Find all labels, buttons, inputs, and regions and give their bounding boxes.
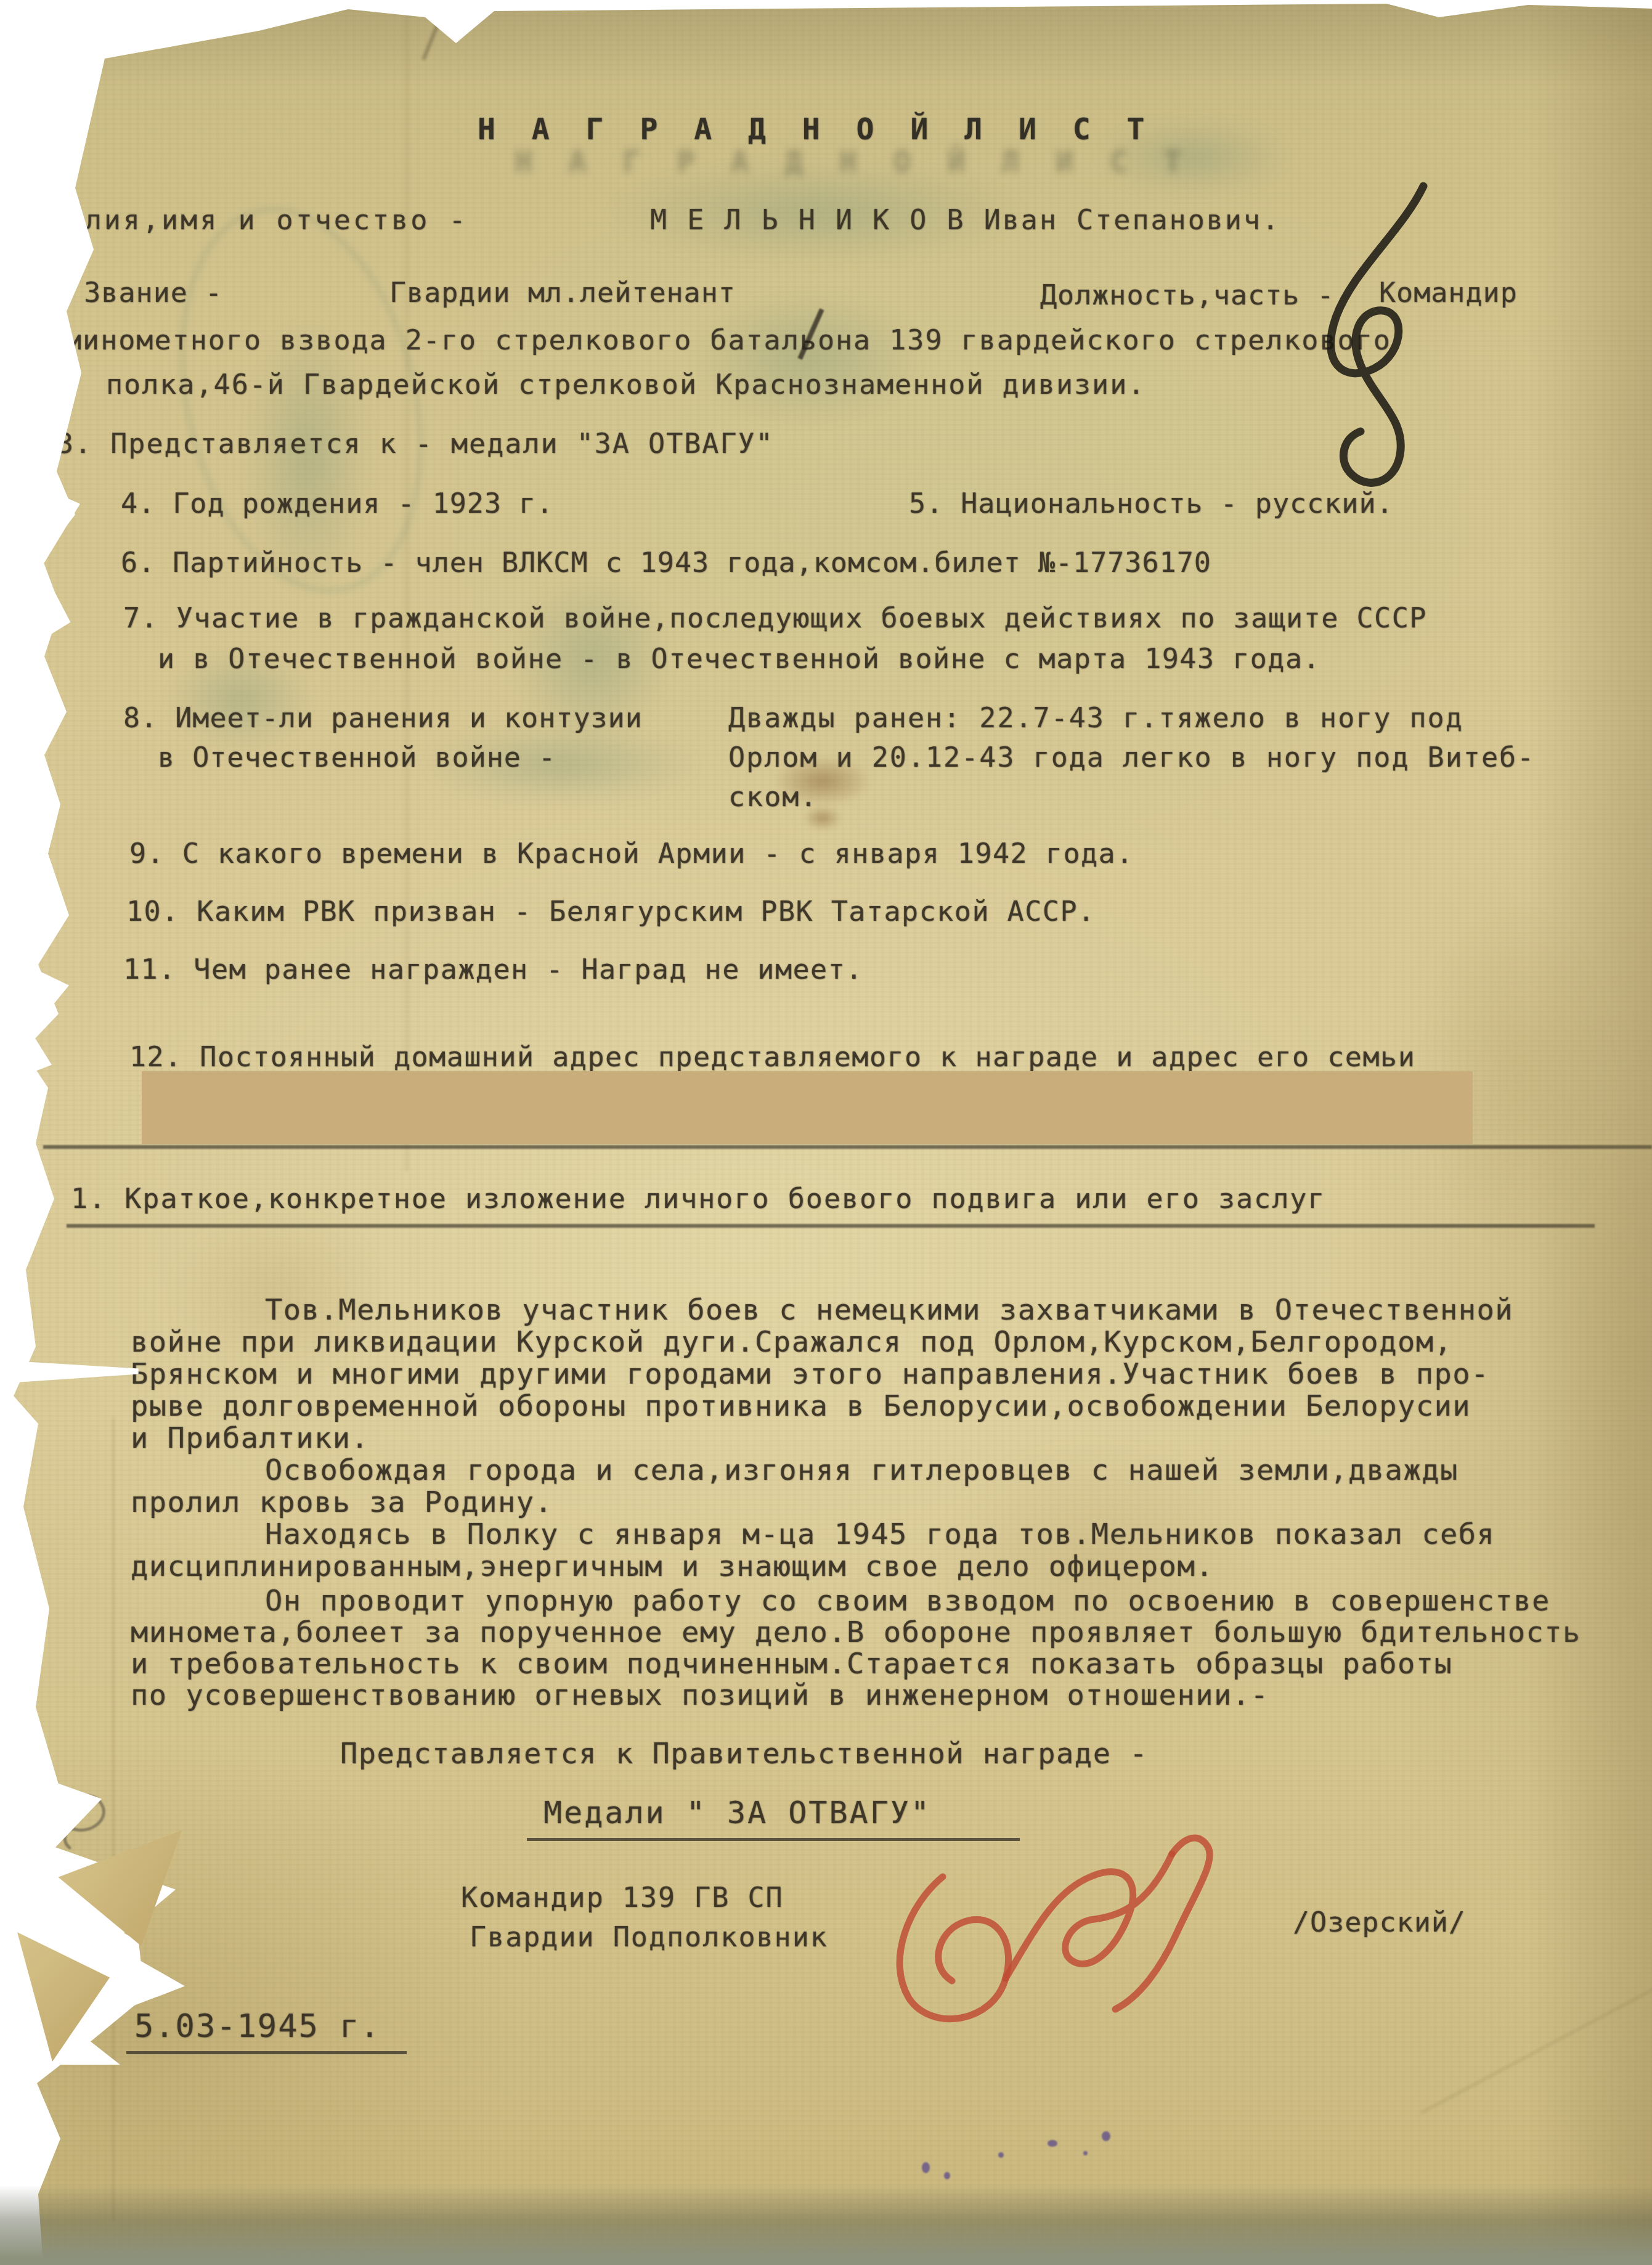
scanned-award-document: Н А Г Р А Д Н О Й Л И С Т Н А Г Р А Д Н …	[0, 0, 1652, 2265]
section-underline	[67, 1224, 1595, 1228]
field-7-line1: 7. Участие в гражданской войне,последующ…	[123, 602, 1427, 634]
redaction-block	[142, 1071, 1473, 1144]
crease-line	[405, 0, 408, 1171]
ink-speck	[944, 2172, 950, 2179]
field-8-label2: в Отечественной войне -	[158, 741, 556, 773]
field-2-label: 2. Звание -	[32, 276, 222, 309]
ink-speck	[1048, 2140, 1057, 2147]
scan-shadow-band	[0, 2185, 1652, 2265]
paper-sheet: Н А Г Р А Д Н О Й Л И С Т Н А Г Р А Д Н …	[0, 0, 1652, 2265]
signature-autograph	[850, 1818, 1232, 2052]
field-1-value: М Е Л Ь Н И К О В Иван Степанович.	[650, 203, 1280, 236]
ink-speck	[998, 2152, 1004, 2158]
field-7-line2: и в Отечественной войне - в Отечественно…	[158, 642, 1320, 675]
date-underline	[126, 2051, 407, 2054]
right-edge-shadow	[1529, 0, 1652, 2265]
field-8-value2: Орлом и 20.12-43 года легко в ногу под В…	[728, 741, 1535, 773]
body-line: миномета,болеет за порученное ему дело.В…	[131, 1615, 1581, 1649]
body-line: дисциплинированным,энергичным и знающим …	[131, 1549, 1214, 1583]
divider-line	[43, 1145, 1652, 1149]
field-6: 6. Партийность - член ВЛКСМ с 1943 года,…	[121, 546, 1211, 579]
body-line: и Прибалтики.	[131, 1421, 369, 1455]
date-line: 5.03-1945 г.	[134, 2008, 381, 2045]
field-2-line3: полка,46-й Гвардейской стрелковой Красно…	[106, 368, 1145, 401]
field-12: 12. Постоянный домашний адрес представля…	[129, 1040, 1415, 1073]
body-line: пролил кровь за Родину.	[131, 1485, 553, 1519]
body-line: Освобождая города и села,изгоняя гитлеро…	[265, 1453, 1459, 1487]
handwritten-mark-5	[1245, 179, 1503, 512]
body-line: Тов.Мельников участник боев с немецкими …	[265, 1293, 1513, 1327]
body-line: Находясь в Полку с января м-ца 1945 года…	[265, 1517, 1495, 1551]
field-2-value: Гвардии мл.лейтенант	[389, 276, 736, 309]
title-ghost-smudge: Н А Г Р А Д Н О Й Л И С Т	[515, 145, 1190, 179]
ink-speck	[922, 2162, 930, 2173]
top-edge-shadow	[0, 0, 1652, 86]
field-9: 9. С какого времени в Красной Армии - с …	[129, 837, 1134, 870]
document-title: Н А Г Р А Д Н О Й Л И С Т	[478, 112, 1154, 147]
field-11: 11. Чем ранее награжден - Наград не имее…	[123, 953, 863, 986]
body-line: войне при ликвидации Курской дуги.Сражал…	[131, 1325, 1452, 1359]
body-line: Брянском и многими другими городами этог…	[131, 1357, 1489, 1391]
field-4: 4. Год рождения - 1923 г.	[121, 487, 553, 520]
field-1-label: 1. Фамилия,имя и отчество -	[0, 203, 468, 236]
field-8-label1: 8. Имеет-ли ранения и контузии	[123, 701, 643, 734]
ink-speck	[1102, 2131, 1110, 2141]
body-line: по усовершенствованию огневых позиций в …	[131, 1678, 1269, 1712]
body-line: Он проводит упорную работу со своим взво…	[265, 1584, 1550, 1618]
presented-line: Представляется к Правительственной награ…	[340, 1737, 1148, 1771]
ink-speck	[1083, 2151, 1088, 2155]
body-line: и требовательность к своим подчиненным.С…	[131, 1647, 1452, 1681]
field-8-value3: ском.	[728, 780, 818, 813]
signer-name: /Озерский/	[1293, 1906, 1466, 1938]
section-heading: 1. Краткое,конкретное изложение личного …	[71, 1182, 1325, 1215]
body-line: рыве долговременной обороны противника в…	[131, 1389, 1471, 1423]
commander-title-line2: Гвардии Подполковник	[470, 1920, 828, 1953]
field-10: 10. Каким РВК призван - Белягурским РВК …	[126, 895, 1096, 928]
commander-title-line1: Командир 139 ГВ СП	[461, 1881, 784, 1914]
field-8-value1: Дважды ранен: 22.7-43 г.тяжело в ногу по…	[728, 701, 1463, 734]
field-2-line2: минометного взвода 2-го стрелкового бата…	[65, 324, 1391, 356]
field-3: 3. Представляется к - медали "ЗА ОТВАГУ"	[57, 427, 774, 460]
